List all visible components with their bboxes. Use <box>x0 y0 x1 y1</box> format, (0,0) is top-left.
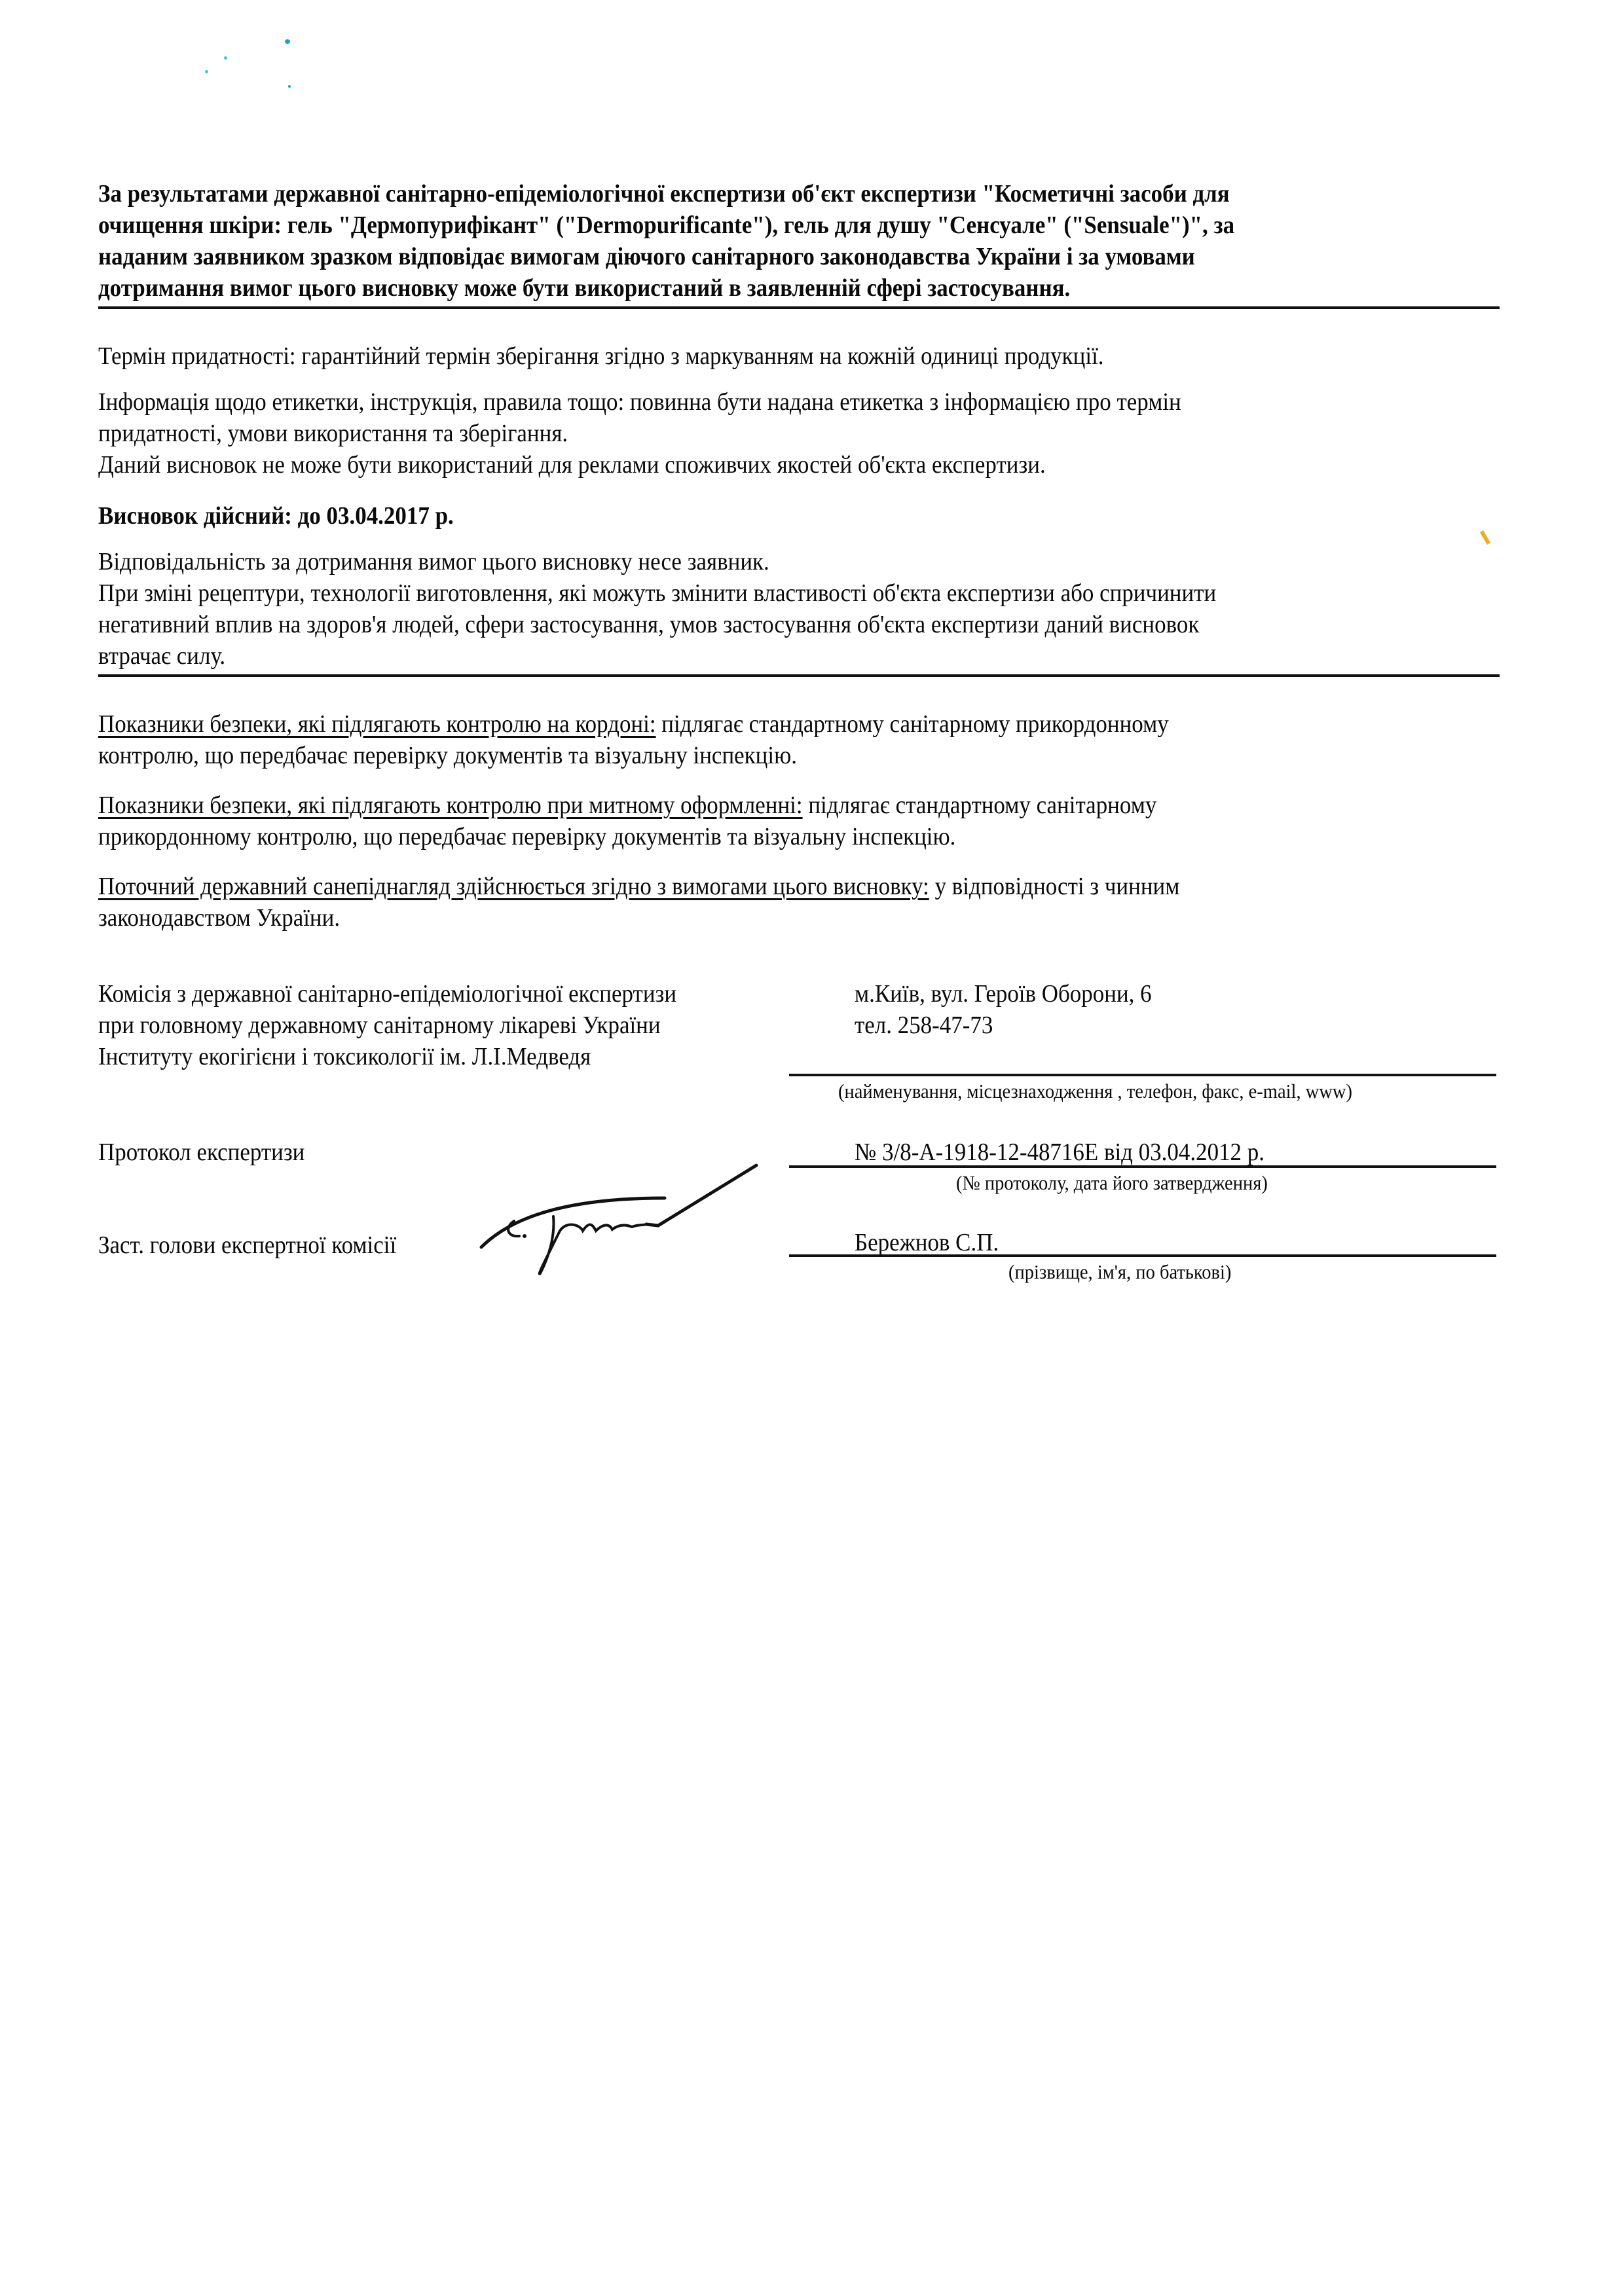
responsibility-line: втрачає силу. <box>98 640 1216 672</box>
commission-name-line: Комісія з державної санітарно-епідеміоло… <box>98 978 676 1010</box>
phone-line: тел. 258-47-73 <box>855 1010 1152 1041</box>
commission-name-line: Інституту екогігієни і токсикології ім. … <box>98 1041 676 1072</box>
signatory-caption: (прізвище, ім'я, по батькові) <box>1008 1260 1231 1285</box>
border-control-block: Показники безпеки, які підлягають контро… <box>98 708 1262 771</box>
responsibility-block: Відповідальність за дотримання вимог цьо… <box>98 546 1314 672</box>
validity-date: Висновок дійсний: до 03.04.2017 р. <box>98 500 454 532</box>
conclusion-line: За результатами державної санітарно-епід… <box>98 178 1234 210</box>
scan-speck <box>205 70 208 73</box>
conclusion-line: дотримання вимог цього висновку може бут… <box>98 272 1234 304</box>
conclusion-line: наданим заявником зразком відповідає вим… <box>98 241 1234 272</box>
border-control-label: Показники безпеки, які підлягають контро… <box>98 710 656 738</box>
responsibility-line: Відповідальність за дотримання вимог цьо… <box>98 546 1216 577</box>
scan-mark <box>1480 530 1490 545</box>
border-control-text: контролю, що передбачає перевірку докуме… <box>98 740 1169 771</box>
protocol-label: Протокол експертизи <box>98 1137 304 1168</box>
signature-icon <box>475 1159 776 1290</box>
customs-control-block: Показники безпеки, які підлягають контро… <box>98 790 1249 852</box>
divider <box>98 674 1500 677</box>
responsibility-line: При зміні рецептури, технології виготовл… <box>98 577 1216 609</box>
label-info-line: придатності, умови використання та збері… <box>98 418 1181 449</box>
signatory-label: Заст. голови експертної комісії <box>98 1230 396 1261</box>
signatory-name: Бережнов С.П. <box>855 1227 999 1258</box>
customs-control-text: підлягає стандартному санітарному <box>803 792 1157 819</box>
divider <box>98 306 1500 309</box>
customs-control-text: прикордонному контролю, що передбачає пе… <box>98 821 1156 852</box>
signatory-rule <box>789 1254 1496 1257</box>
supervision-text: законодавством України. <box>98 902 1179 934</box>
protocol-value: № 3/8-А-1918-12-48716Е від 03.04.2012 р. <box>855 1137 1264 1168</box>
scan-speck <box>288 85 291 88</box>
label-info-line: Інформація щодо етикетки, інструкція, пр… <box>98 386 1181 418</box>
commission-name: Комісія з державної санітарно-епідеміоло… <box>98 978 727 1072</box>
label-info-block: Інформація щодо етикетки, інструкція, пр… <box>98 386 1276 481</box>
supervision-block: Поточний державний санепіднагляд здійсню… <box>98 871 1274 934</box>
address-caption: (найменування, місцезнаходження , телефо… <box>838 1079 1352 1104</box>
responsibility-line: негативний вплив на здоров'я людей, сфер… <box>98 609 1216 640</box>
supervision-text: у відповідності з чинним <box>929 873 1180 900</box>
conclusion-line: очищення шкіри: гель "Дермопурифікант" (… <box>98 210 1234 241</box>
shelf-life: Термін придатності: гарантійний термін з… <box>98 340 1104 372</box>
conclusion-block: За результатами державної санітарно-епід… <box>98 178 1333 304</box>
address-line: м.Київ, вул. Героїв Оборони, 6 <box>855 978 1152 1010</box>
protocol-caption: (№ протоколу, дата його затвердження) <box>956 1171 1268 1195</box>
commission-address: м.Київ, вул. Героїв Оборони, 6 тел. 258-… <box>855 978 1177 1041</box>
address-rule <box>789 1074 1496 1076</box>
scan-speck <box>285 39 290 44</box>
customs-control-label: Показники безпеки, які підлягають контро… <box>98 792 803 819</box>
scan-speck <box>224 56 227 60</box>
document-page: За результатами державної санітарно-епід… <box>0 0 1624 2296</box>
protocol-rule <box>789 1165 1496 1168</box>
border-control-text: підлягає стандартному санітарному прикор… <box>656 710 1169 738</box>
commission-name-line: при головному державному санітарному лік… <box>98 1010 676 1041</box>
supervision-label: Поточний державний санепіднагляд здійсню… <box>98 873 929 900</box>
label-info-line: Даний висновок не може бути використаний… <box>98 449 1181 481</box>
